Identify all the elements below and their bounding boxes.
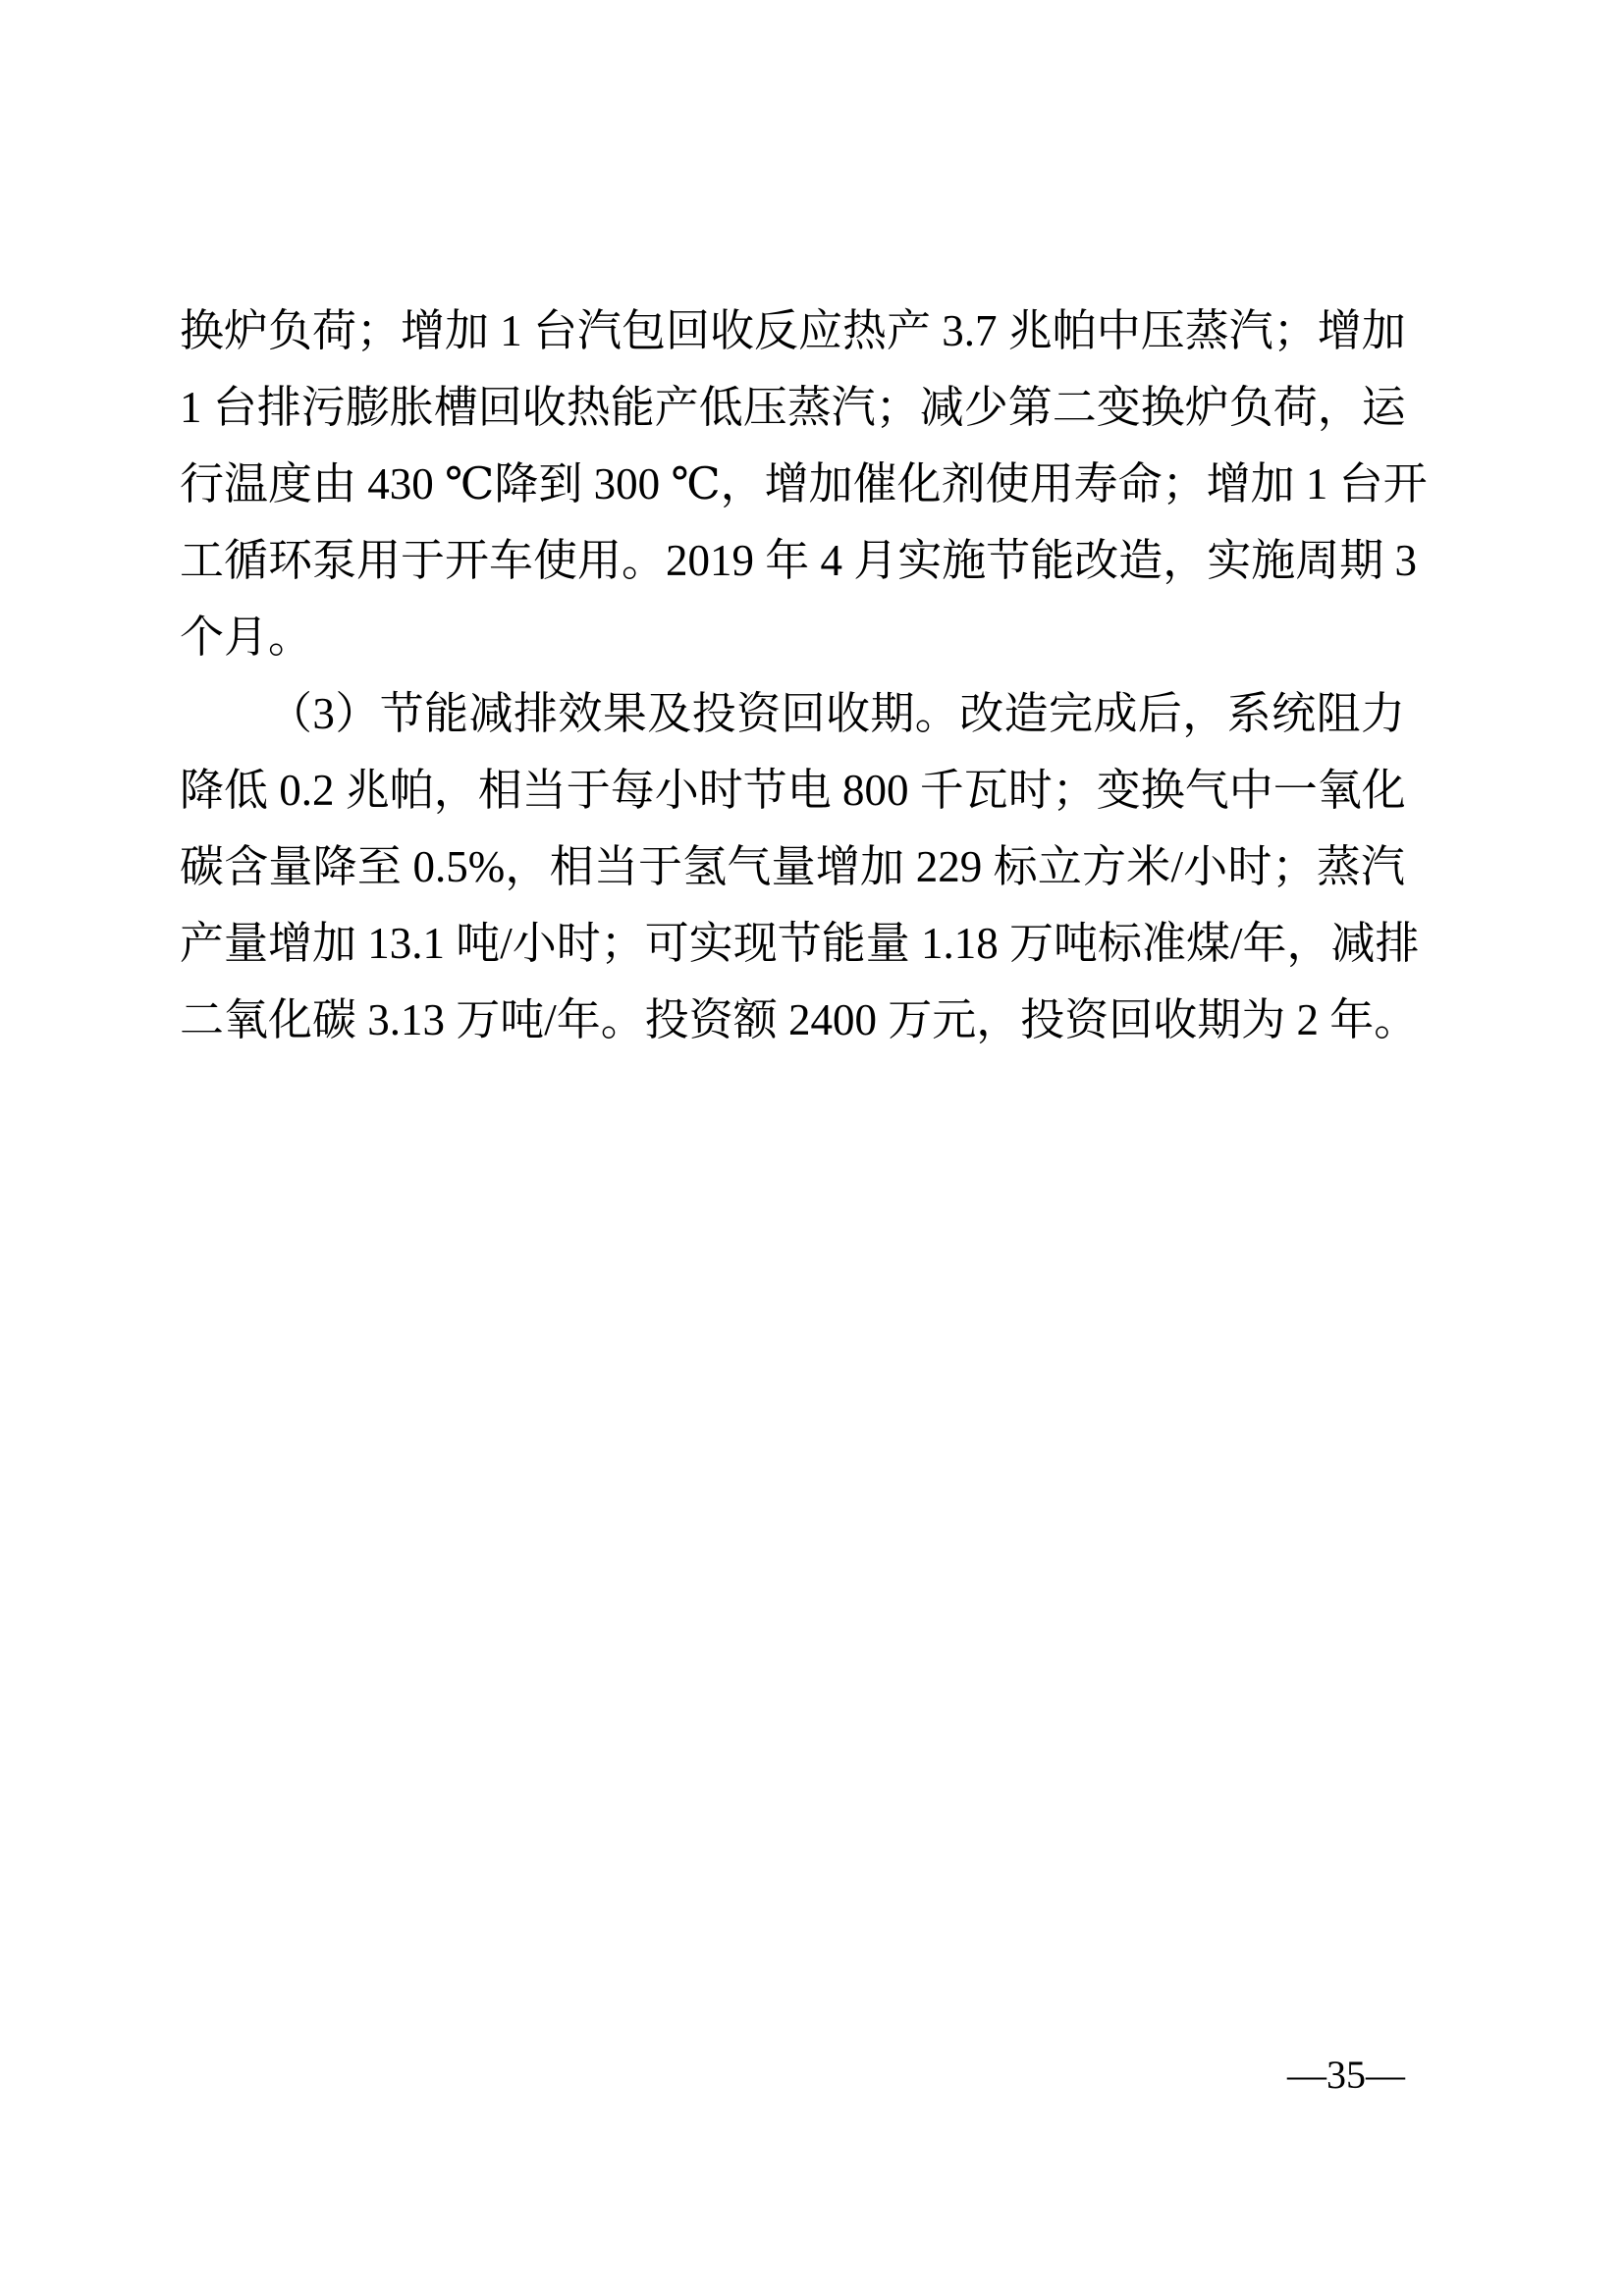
text-line-6: （3）节能减排效果及投资回收期。改造完成后，系统阻力 — [180, 675, 1405, 752]
text-line-8: 碳含量降至 0.5%，相当于氢气量增加 229 标立方米/小时；蒸汽 — [180, 828, 1405, 905]
page-footer: —35— — [1287, 2052, 1405, 2099]
document-body: 换炉负荷；增加 1 台汽包回收反应热产 3.7 兆帕中压蒸汽；增加 1 台排污膨… — [180, 293, 1405, 1058]
text-line-10: 二氧化碳 3.13 万吨/年。投资额 2400 万元，投资回收期为 2 年。 — [180, 982, 1405, 1058]
document-page: 换炉负荷；增加 1 台汽包回收反应热产 3.7 兆帕中压蒸汽；增加 1 台排污膨… — [0, 0, 1623, 2296]
paragraph-continuation: 换炉负荷；增加 1 台汽包回收反应热产 3.7 兆帕中压蒸汽；增加 1 台排污膨… — [180, 293, 1405, 675]
page-number: —35— — [1287, 2053, 1405, 2097]
text-line-9: 产量增加 13.1 吨/小时；可实现节能量 1.18 万吨标准煤/年，减排 — [180, 905, 1405, 982]
paragraph-item-3: （3）节能减排效果及投资回收期。改造完成后，系统阻力 降低 0.2 兆帕，相当于… — [180, 675, 1405, 1058]
text-line-3: 行温度由 430 ℃降到 300 ℃，增加催化剂使用寿命；增加 1 台开 — [180, 446, 1405, 522]
text-line-2: 1 台排污膨胀槽回收热能产低压蒸汽；减少第二变换炉负荷，运 — [180, 369, 1405, 446]
text-line-1: 换炉负荷；增加 1 台汽包回收反应热产 3.7 兆帕中压蒸汽；增加 — [180, 293, 1405, 369]
text-line-7: 降低 0.2 兆帕，相当于每小时节电 800 千瓦时；变换气中一氧化 — [180, 752, 1405, 828]
text-line-4: 工循环泵用于开车使用。2019 年 4 月实施节能改造，实施周期 3 — [180, 522, 1405, 599]
text-line-5: 个月。 — [180, 599, 1405, 675]
